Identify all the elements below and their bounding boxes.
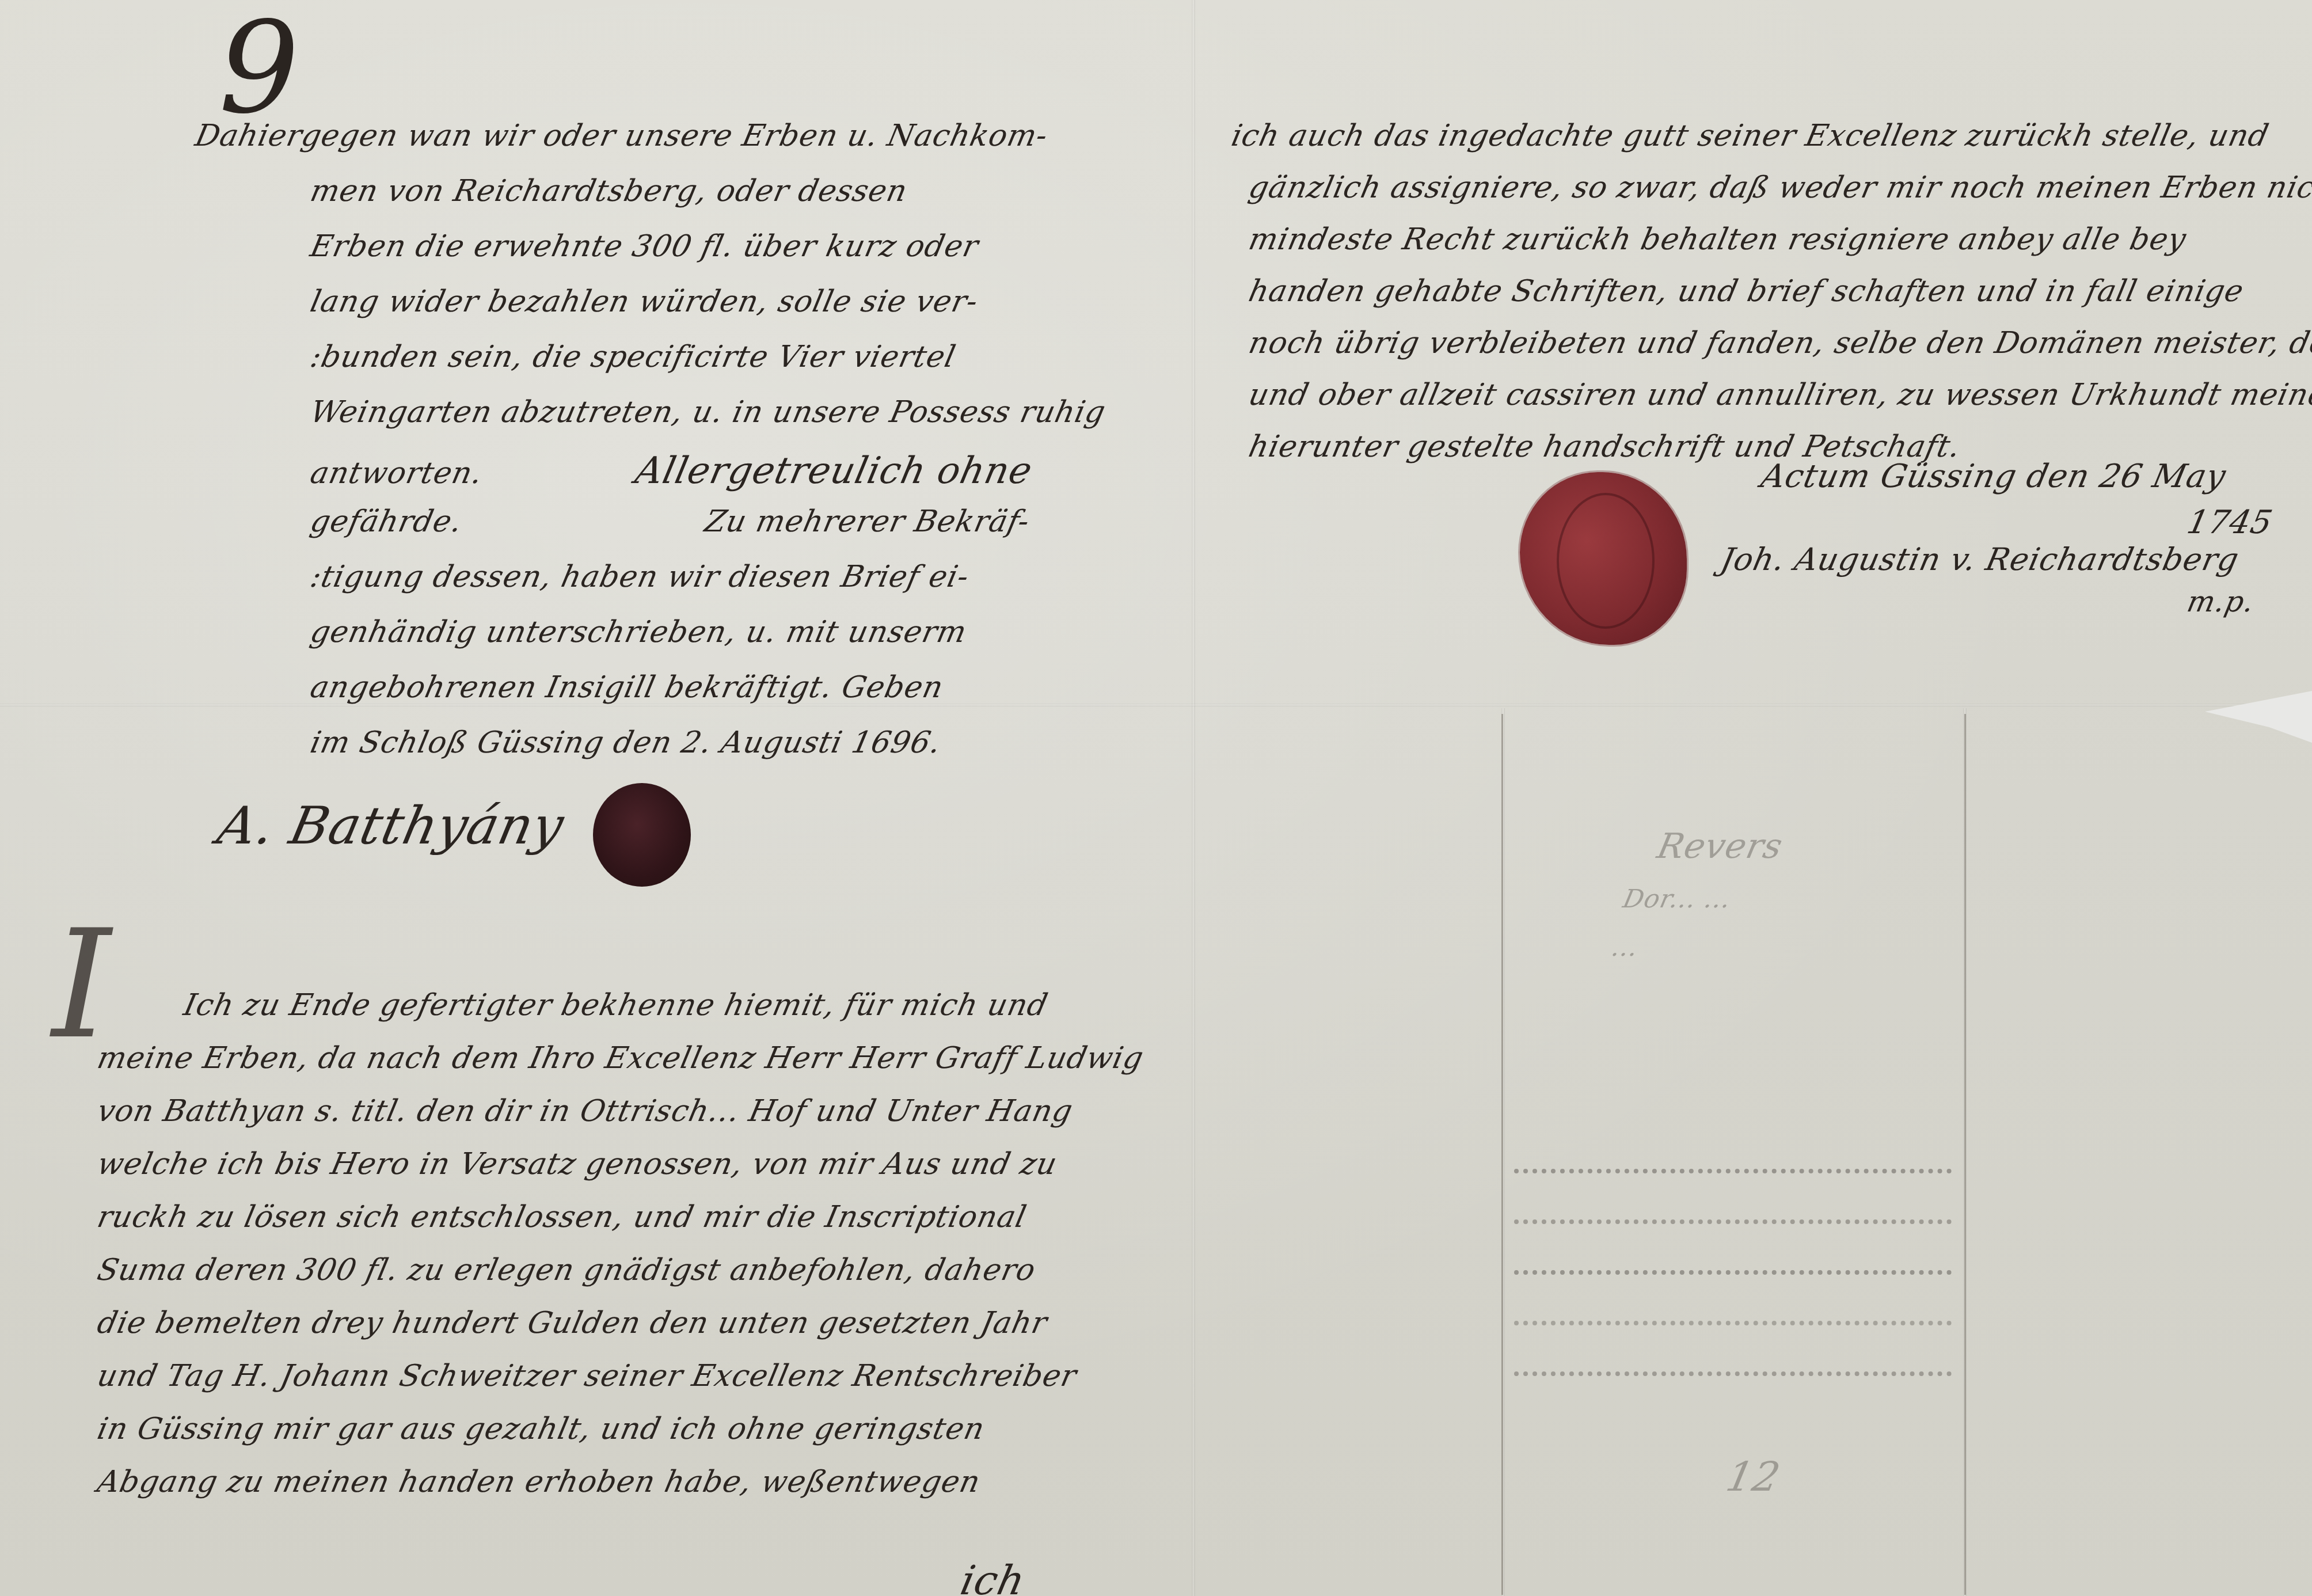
- text-line: und Tag H. Johann Schweitzer seiner Exce…: [94, 1361, 1195, 1391]
- text-line: Erben die erwehnte 300 fl. über kurz ode…: [307, 231, 1177, 261]
- text-line: lang wider bezahlen würden, solle sie ve…: [307, 287, 1177, 317]
- signature-batthyany: A. Batthyány: [219, 800, 563, 852]
- torn-edge: [2205, 691, 2312, 743]
- fold-crease-right: [1964, 714, 1966, 1595]
- seal-coat-of-arms: [1557, 493, 1655, 629]
- text-line: ich auch das ingedachte gutt seiner Exce…: [1229, 121, 2306, 151]
- text-line: angebohrenen Insigill bekräftigt. Geben: [307, 672, 1177, 702]
- text-line: Zu mehrerer Bekräf-: [702, 507, 1033, 537]
- text-line: men von Reichardtsberg, oder dessen: [307, 176, 1177, 206]
- text-line: mindeste Recht zurückh behalten resignie…: [1246, 225, 2306, 254]
- signature-mark: m.p.: [2188, 587, 2254, 616]
- text-line: von Batthyan s. titl. den dir in Ottrisc…: [94, 1096, 1195, 1126]
- bleed-through-dotted: [1514, 1152, 1952, 1376]
- text-line: Dahiergegen wan wir oder unsere Erben u.…: [192, 121, 1177, 151]
- wax-seal-dark: [593, 783, 691, 887]
- wax-seal-red: [1520, 472, 1687, 645]
- text-line: Ich zu Ende gefertigter bekhenne hiemit,…: [181, 990, 1195, 1020]
- year: 1745: [2188, 507, 2272, 539]
- signature-reichardtsberg: Joh. Augustin v. Reichardtsberg: [1721, 544, 2238, 575]
- right-paragraph: ich auch das ingedachte gutt seiner Exce…: [1232, 121, 2303, 462]
- text-line: welche ich bis Hero in Versatz genossen,…: [94, 1149, 1195, 1179]
- center-fold: [1192, 0, 1195, 1596]
- faint-line: Revers: [1655, 829, 1786, 864]
- text-line: Allergetreulich ohne: [632, 453, 1036, 489]
- left-paragraph-2: Ich zu Ende gefertigter bekhenne hiemit,…: [98, 990, 1192, 1596]
- dateline-text: Actum Güssing den 26 May: [1758, 461, 2229, 493]
- faint-line: Dor... ...: [1621, 887, 1785, 912]
- signature-text: Joh. Augustin v. Reichardtsberg: [1718, 544, 2242, 575]
- text-line: :tigung dessen, haben wir diesen Brief e…: [307, 562, 1177, 592]
- faint-figure: 12: [1723, 1457, 1784, 1497]
- text-line: im Schloß Güssing den 2. Augusti 1696.: [307, 728, 1177, 758]
- left-paragraph-1: Dahiergegen wan wir oder unsere Erben u.…: [196, 121, 1174, 758]
- text-line: handen gehabte Schriften, und brief scha…: [1246, 276, 2306, 306]
- fold-crease-left: [1501, 714, 1503, 1595]
- catchword: ich: [957, 1560, 1196, 1596]
- text-line: gefährde.: [307, 507, 486, 537]
- text-line: Weingarten abzutreten, u. in unsere Poss…: [307, 397, 1177, 427]
- text-line: meine Erben, da nach dem Ihro Excellenz …: [94, 1043, 1195, 1073]
- faint-line: ...: [1609, 935, 1785, 960]
- manuscript-sheet: 9 Dahiergegen wan wir oder unsere Erben …: [0, 0, 2312, 1596]
- signature-text: A. Batthyány: [213, 800, 568, 852]
- text-line: gänzlich assigniere, so zwar, daß weder …: [1246, 173, 2306, 203]
- text-line: genhändig unterschrieben, u. mit unserm: [307, 617, 1177, 647]
- text-line: noch übrig verbleibeten und fanden, selb…: [1246, 328, 2306, 358]
- text-line: Suma deren 300 fl. zu erlegen gnädigst a…: [94, 1255, 1195, 1285]
- bleed-through-figure: 12: [1727, 1457, 1779, 1497]
- text-line: und ober allzeit cassiren und annulliren…: [1246, 380, 2306, 410]
- text-line: antworten.: [307, 458, 486, 488]
- text-line: die bemelten drey hundert Gulden den unt…: [94, 1308, 1195, 1338]
- text-line: in Güssing mir gar aus gezahlt, und ich …: [94, 1414, 1195, 1444]
- bleed-through: Revers Dor... ... ...: [1658, 829, 1782, 960]
- text-line: :bunden sein, die specificirte Vier vier…: [307, 342, 1177, 372]
- text-line: Abgang zu meinen handen erhoben habe, we…: [94, 1467, 1195, 1497]
- text-line: ruckh zu lösen sich entschlossen, und mi…: [94, 1202, 1195, 1232]
- dateline: Actum Güssing den 26 May: [1762, 461, 2225, 493]
- year-text: 1745: [2184, 507, 2275, 539]
- mp-mark: m.p.: [2185, 587, 2257, 616]
